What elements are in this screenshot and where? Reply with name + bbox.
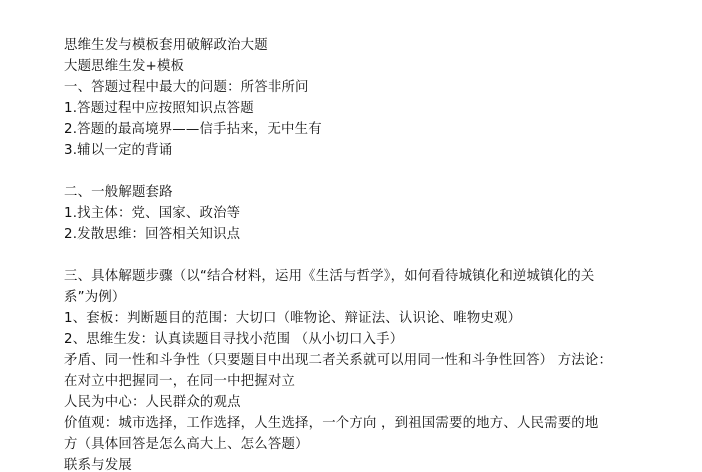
section3-item: 人民为中心：人民群众的观点: [64, 392, 624, 413]
document-subtitle: 大题思维生发+模板: [64, 56, 624, 77]
section3-heading-line1: 三、具体解题步骤（以“结合材料，运用《生活与哲学》，如何看待城镇化和逆城镇化的关: [64, 266, 624, 287]
section1-item: 1.答题过程中应按照知识点答题: [64, 98, 624, 119]
document-body: 思维生发与模板套用破解政治大题 大题思维生发+模板 一、答题过程中最大的问题：所…: [64, 35, 624, 472]
document-title: 思维生发与模板套用破解政治大题: [64, 35, 624, 56]
section3-item: 价值观：城市选择，工作选择，人生选择，一个方向 ，到祖国需要的地方、人民需要的地: [64, 413, 624, 434]
section3-item: 在对立中把握同一，在同一中把握对立: [64, 371, 624, 392]
section3-item: 方（具体回答是怎么高大上、怎么答题）: [64, 434, 624, 455]
section1-item: 3.辅以一定的背诵: [64, 140, 624, 161]
section1-heading: 一、答题过程中最大的问题：所答非所问: [64, 77, 624, 98]
section3-item: 矛盾、同一性和斗争性（只要题目中出现二者关系就可以用同一性和斗争性回答） 方法论…: [64, 350, 624, 371]
section3-heading-line2: 系”为例）: [64, 287, 624, 308]
section3-item: 1、套板：判断题目的范围：大切口（唯物论、辩证法、认识论、唯物史观）: [64, 308, 624, 329]
section2-item: 2.发散思维：回答相关知识点: [64, 224, 624, 245]
section2-item: 1.找主体：党、国家、政治等: [64, 203, 624, 224]
section3-item: 2、思维生发：认真读题目寻找小范围 （从小切口入手）: [64, 329, 624, 350]
section3-item: 联系与发展: [64, 455, 624, 472]
section2-heading: 二、一般解题套路: [64, 182, 624, 203]
paragraph-spacer: [64, 245, 624, 266]
paragraph-spacer: [64, 161, 624, 182]
section1-item: 2.答题的最高境界——信手拈来，无中生有: [64, 119, 624, 140]
